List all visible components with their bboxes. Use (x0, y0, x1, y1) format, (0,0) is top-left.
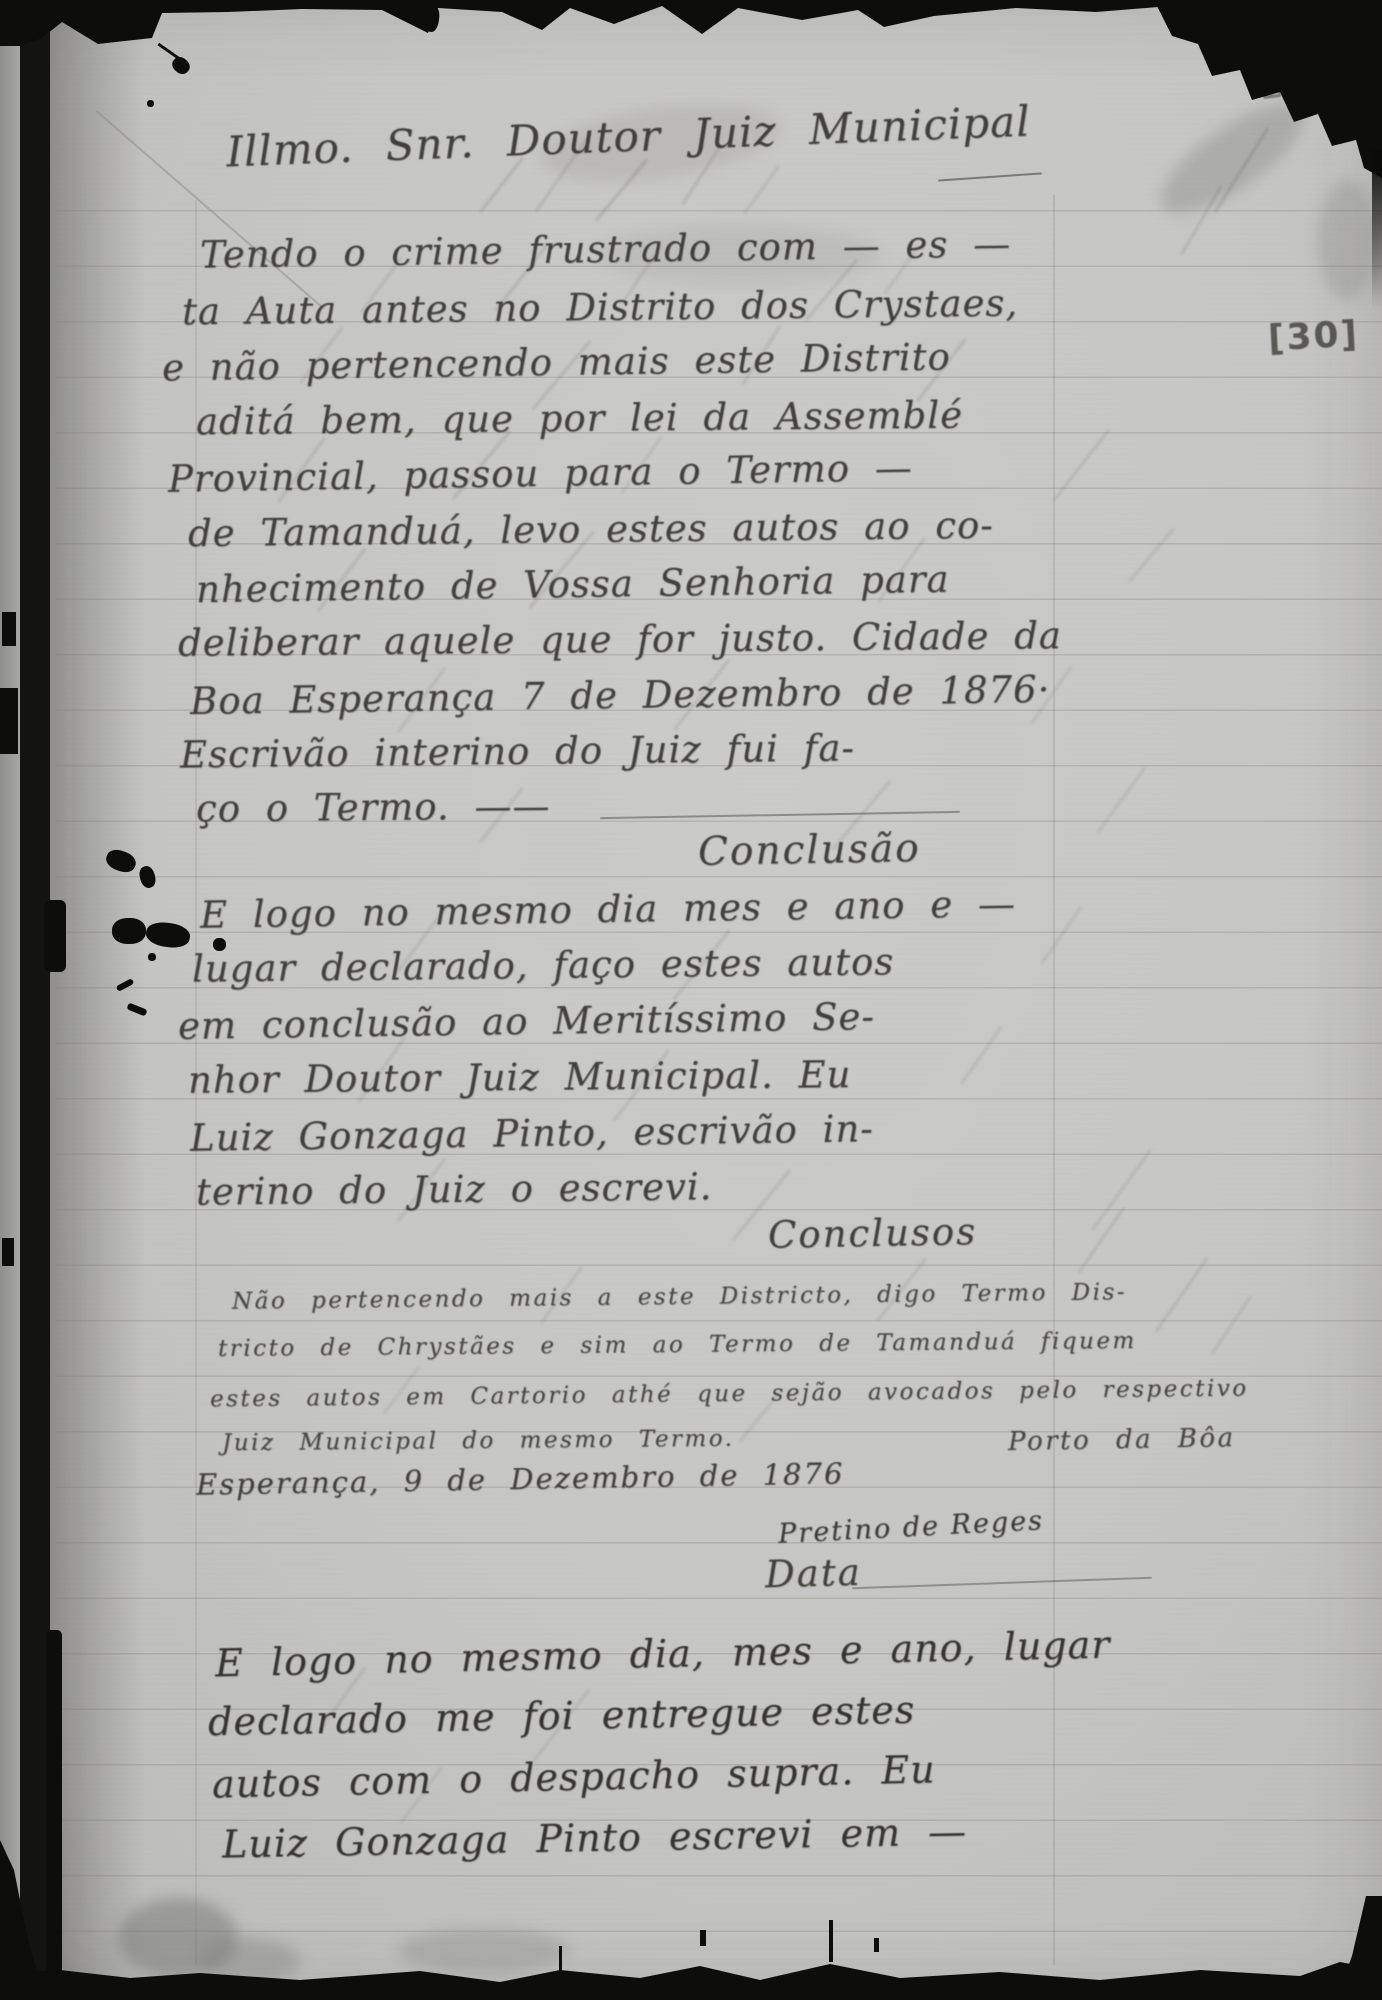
scanner-left-strip (0, 0, 22, 2000)
ink-speck (148, 953, 156, 961)
manuscript-scan: 28 [30] Illmo. Snr. Doutor Juiz Municipa… (0, 0, 1382, 2000)
handwritten-line: de Tamanduá, levo estes autos ao co- (188, 504, 994, 555)
ink-speck (700, 1930, 706, 1946)
binding-bulge (46, 1630, 62, 2000)
ink-speck (147, 100, 154, 107)
edge-damage (2, 612, 16, 646)
handwritten-line: ta Auta antes no Distrito dos Crystaes, (182, 282, 1019, 334)
smudge (398, 1928, 568, 1973)
binding-bulge (44, 900, 66, 972)
handwritten-line: ço o Termo. —— (196, 784, 551, 830)
section-heading-conclusao: Conclusão (698, 826, 921, 875)
section-heading-data: Data (764, 1551, 862, 1597)
edge-damage (0, 688, 18, 754)
handwritten-line: Escrivão interino do Juiz fui fa- (180, 726, 855, 776)
ink-hairline (829, 1920, 833, 1962)
handwritten-line: Porto da Bôa (1008, 1423, 1236, 1457)
ink-speck (213, 938, 226, 951)
handwritten-line: nhor Doutor Juiz Municipal. Eu (188, 1053, 852, 1102)
margin-line-right (1053, 195, 1055, 1965)
torn-edge-right (1372, 150, 1382, 310)
handwritten-line: deliberar aquele que for justo. Cidade d… (178, 614, 1062, 665)
handwritten-line: Juiz Municipal do mesmo Termo. (222, 1426, 735, 1456)
ink-hairline (559, 1946, 562, 1972)
folio-annotation: [30] (1267, 314, 1360, 360)
smudge (1318, 180, 1378, 300)
ink-blot (112, 918, 146, 944)
handwritten-line: terino do Juiz o escrevi. (196, 1165, 713, 1213)
handwritten-line: lugar declarado, faço estes autos (192, 940, 895, 990)
edge-damage (2, 1238, 14, 1266)
section-heading-conclusos: Conclusos (768, 1210, 978, 1257)
ink-speck (874, 1938, 879, 1952)
handwritten-line: aditá bem, que por lei da Assemblé (196, 394, 963, 444)
